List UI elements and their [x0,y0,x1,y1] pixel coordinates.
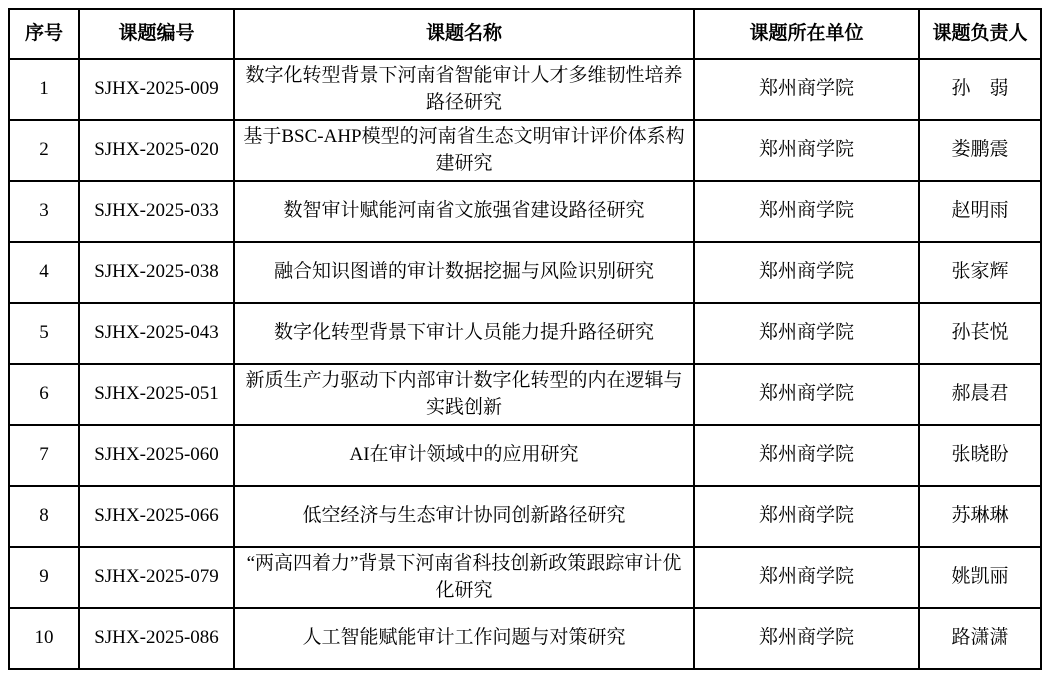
header-cell-code: 课题编号 [79,9,234,59]
table-header: 序号 课题编号 课题名称 课题所在单位 课题负责人 [9,9,1041,59]
cell-code: SJHX-2025-009 [79,59,234,120]
project-approval-table: 序号 课题编号 课题名称 课题所在单位 课题负责人 1 SJHX-2025-00… [8,8,1042,670]
cell-title: 融合知识图谱的审计数据挖掘与风险识别研究 [234,242,694,303]
cell-code: SJHX-2025-020 [79,120,234,181]
cell-leader: 孙苌悦 [919,303,1041,364]
cell-leader: 娄鹏震 [919,120,1041,181]
cell-title: 低空经济与生态审计协同创新路径研究 [234,486,694,547]
cell-unit: 郑州商学院 [694,303,919,364]
cell-leader: 路潇潇 [919,608,1041,669]
cell-leader: 孙 弱 [919,59,1041,120]
table-row: 4 SJHX-2025-038 融合知识图谱的审计数据挖掘与风险识别研究 郑州商… [9,242,1041,303]
cell-unit: 郑州商学院 [694,242,919,303]
cell-code: SJHX-2025-066 [79,486,234,547]
cell-code: SJHX-2025-079 [79,547,234,608]
cell-title: “两高四着力”背景下河南省科技创新政策跟踪审计优化研究 [234,547,694,608]
cell-code: SJHX-2025-051 [79,364,234,425]
cell-code: SJHX-2025-086 [79,608,234,669]
table-body: 1 SJHX-2025-009 数字化转型背景下河南省智能审计人才多维韧性培养路… [9,59,1041,669]
table-row: 7 SJHX-2025-060 AI在审计领域中的应用研究 郑州商学院 张晓盼 [9,425,1041,486]
cell-no: 3 [9,181,79,242]
header-cell-title: 课题名称 [234,9,694,59]
cell-leader: 苏琳琳 [919,486,1041,547]
cell-no: 9 [9,547,79,608]
cell-unit: 郑州商学院 [694,486,919,547]
table-row: 1 SJHX-2025-009 数字化转型背景下河南省智能审计人才多维韧性培养路… [9,59,1041,120]
cell-unit: 郑州商学院 [694,608,919,669]
cell-title: 新质生产力驱动下内部审计数字化转型的内在逻辑与实践创新 [234,364,694,425]
cell-unit: 郑州商学院 [694,120,919,181]
cell-no: 7 [9,425,79,486]
table-row: 10 SJHX-2025-086 人工智能赋能审计工作问题与对策研究 郑州商学院… [9,608,1041,669]
cell-no: 10 [9,608,79,669]
cell-code: SJHX-2025-038 [79,242,234,303]
cell-code: SJHX-2025-043 [79,303,234,364]
cell-no: 6 [9,364,79,425]
cell-no: 4 [9,242,79,303]
header-cell-no: 序号 [9,9,79,59]
cell-code: SJHX-2025-033 [79,181,234,242]
header-cell-unit: 课题所在单位 [694,9,919,59]
cell-title: 数智审计赋能河南省文旅强省建设路径研究 [234,181,694,242]
cell-title: AI在审计领域中的应用研究 [234,425,694,486]
cell-unit: 郑州商学院 [694,425,919,486]
table-row: 8 SJHX-2025-066 低空经济与生态审计协同创新路径研究 郑州商学院 … [9,486,1041,547]
cell-leader: 张家辉 [919,242,1041,303]
cell-no: 5 [9,303,79,364]
table-row: 5 SJHX-2025-043 数字化转型背景下审计人员能力提升路径研究 郑州商… [9,303,1041,364]
header-row: 序号 课题编号 课题名称 课题所在单位 课题负责人 [9,9,1041,59]
cell-title: 人工智能赋能审计工作问题与对策研究 [234,608,694,669]
cell-leader: 赵明雨 [919,181,1041,242]
cell-unit: 郑州商学院 [694,547,919,608]
cell-leader: 张晓盼 [919,425,1041,486]
table-row: 9 SJHX-2025-079 “两高四着力”背景下河南省科技创新政策跟踪审计优… [9,547,1041,608]
header-cell-leader: 课题负责人 [919,9,1041,59]
cell-leader: 郝晨君 [919,364,1041,425]
table-row: 3 SJHX-2025-033 数智审计赋能河南省文旅强省建设路径研究 郑州商学… [9,181,1041,242]
table-row: 2 SJHX-2025-020 基于BSC-AHP模型的河南省生态文明审计评价体… [9,120,1041,181]
cell-unit: 郑州商学院 [694,59,919,120]
table-row: 6 SJHX-2025-051 新质生产力驱动下内部审计数字化转型的内在逻辑与实… [9,364,1041,425]
cell-no: 8 [9,486,79,547]
cell-title: 数字化转型背景下审计人员能力提升路径研究 [234,303,694,364]
cell-leader: 姚凯丽 [919,547,1041,608]
cell-unit: 郑州商学院 [694,181,919,242]
cell-no: 1 [9,59,79,120]
cell-title: 数字化转型背景下河南省智能审计人才多维韧性培养路径研究 [234,59,694,120]
cell-title: 基于BSC-AHP模型的河南省生态文明审计评价体系构建研究 [234,120,694,181]
cell-unit: 郑州商学院 [694,364,919,425]
cell-code: SJHX-2025-060 [79,425,234,486]
cell-no: 2 [9,120,79,181]
